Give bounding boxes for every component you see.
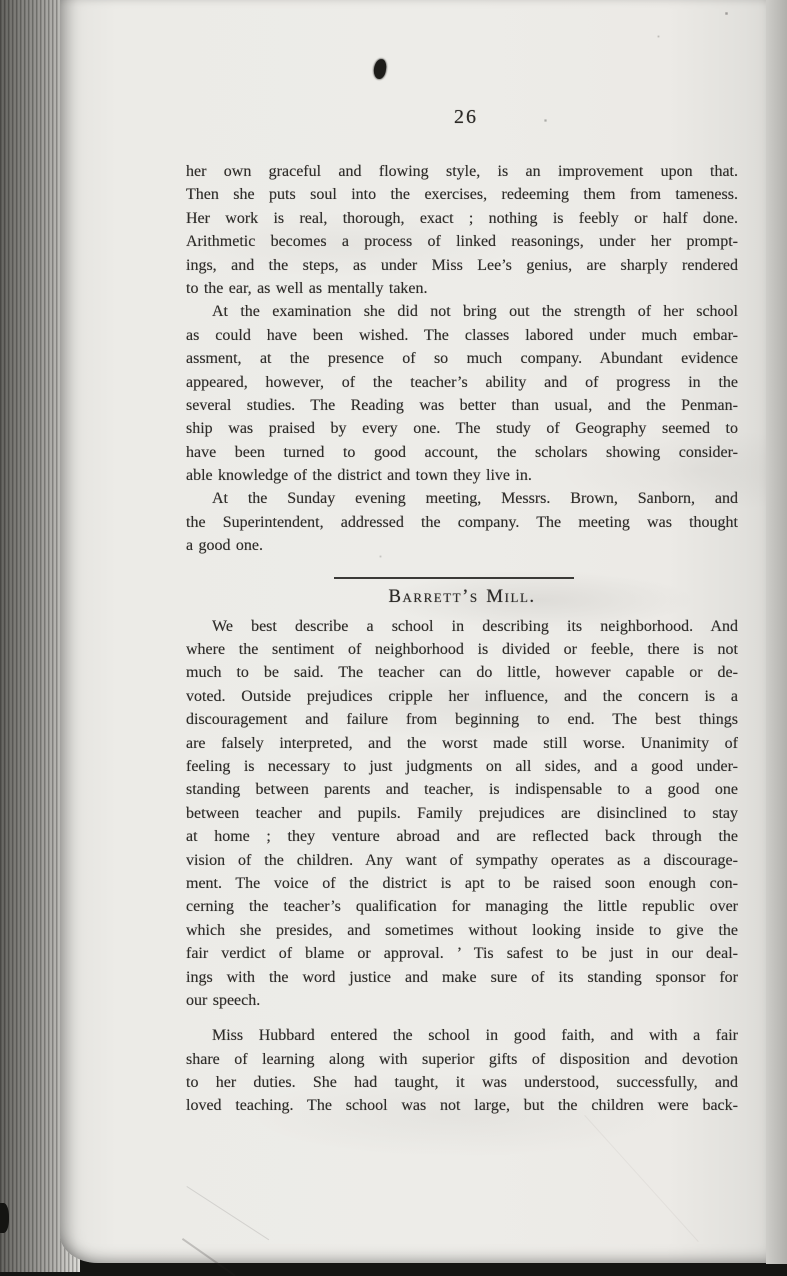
text-line: the Superintendent, addressed the compan… [186,511,738,534]
scan-specks [0,0,1,1]
text-line: have been turned to good account, the sc… [186,441,738,464]
text-line: to the ear, as well as mentally taken. [186,277,738,300]
text-line: at home ; they venture abroad and are re… [186,825,738,848]
text-line: between teacher and pupils. Family preju… [186,802,738,825]
text-line: vision of the children. Any want of symp… [186,849,738,872]
text-line: ings with the word justice and make sure… [186,966,738,989]
text-line: appeared, however, of the teacher’s abil… [186,371,738,394]
text-line: ment. The voice of the district is apt t… [186,872,738,895]
text-line: Then she puts soul into the exercises, r… [186,183,738,206]
paragraph-5: Miss Hubbard entered the school in good … [186,1024,738,1118]
section-divider-rule [334,577,574,579]
paragraph-4: We best describe a school in describing … [186,615,738,1013]
text-line: Arithmetic becomes a process of linked r… [186,230,738,253]
crease-mark [186,1186,269,1240]
text-line: cerning the teacher’s qualification for … [186,895,738,918]
text-line: We best describe a school in describing … [186,615,738,638]
text-line: assment, at the presence of so much comp… [186,347,738,370]
text-line: to her duties. She had taught, it was un… [186,1071,738,1094]
text-line: voted. Outside prejudices cripple her in… [186,685,738,708]
text-line: where the sentiment of neighborhood is d… [186,638,738,661]
text-line: able knowledge of the district and town … [186,464,738,487]
text-line: At the Sunday evening meeting, Messrs. B… [186,487,738,510]
text-line: At the examination she did not bring out… [186,300,738,323]
page-corner-fold [182,1238,235,1276]
paragraph-2: At the examination she did not bring out… [186,300,738,487]
text-line: feeling is necessary to just judgments o… [186,755,738,778]
section-heading: Barrett’s Mill. [186,584,738,615]
page-right-edge [766,0,787,1264]
scanned-book-page: 26 her own graceful and flowing style, i… [0,0,787,1276]
text-line: are falsely interpreted, and the worst m… [186,732,738,755]
paragraph-1: her own graceful and flowing style, is a… [186,160,738,300]
text-line: Her work is real, thorough, exact ; noth… [186,207,738,230]
text-line: much to be said. The teacher can do litt… [186,661,738,684]
text-line: loved teaching. The school was not large… [186,1094,738,1117]
text-column: her own graceful and flowing style, is a… [186,160,738,1118]
text-line: Miss Hubbard entered the school in good … [186,1024,738,1047]
text-line: standing between parents and teacher, is… [186,778,738,801]
page-surface: 26 her own graceful and flowing style, i… [60,0,766,1263]
scratch-mark [584,1115,698,1242]
section-divider: Barrett’s Mill. [186,558,738,615]
text-line: fair verdict of blame or approval. ’ Tis… [186,942,738,965]
ink-blot-mark [373,58,387,79]
page-number: 26 [438,106,494,129]
text-line: which she presides, and sometimes withou… [186,919,738,942]
text-line: several studies. The Reading was better … [186,394,738,417]
text-line: ship was praised by every one. The study… [186,417,738,440]
text-line: her own graceful and flowing style, is a… [186,160,738,183]
text-line: discouragement and failure from beginnin… [186,708,738,731]
text-line: as could have been wished. The classes l… [186,324,738,347]
text-line: share of learning along with superior gi… [186,1048,738,1071]
text-line: our speech. [186,989,738,1012]
text-line: ings, and the steps, as under Miss Lee’s… [186,254,738,277]
text-line: a good one. [186,534,738,557]
paragraph-3: At the Sunday evening meeting, Messrs. B… [186,487,738,557]
